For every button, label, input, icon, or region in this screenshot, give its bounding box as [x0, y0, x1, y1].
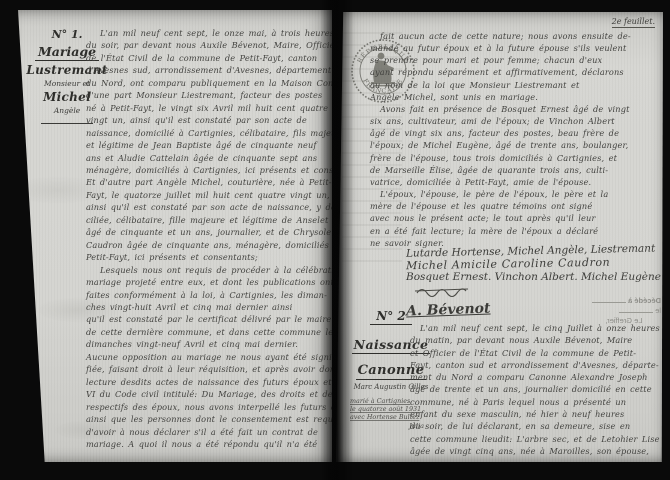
scanned-civil-register-spread: N° 1. Mariage Lustremant Monsieur et Mic… — [0, 0, 670, 480]
handwritten-line: se prendre pour mari et pour femme; chac… — [370, 54, 662, 66]
blank-rule — [592, 296, 626, 303]
sheet-number-label: 2e feuillet. — [612, 17, 655, 28]
handwritten-line: L'an mil neuf cent sept, le onze mai, à … — [86, 27, 332, 39]
handwritten-line: ainsi qu'il est constaté par son acte de… — [86, 201, 332, 213]
handwritten-line: cette commune lieudit: L'arbre sec, et d… — [410, 433, 662, 445]
handwritten-line: né à Petit-Fayt, le vingt six Avril mil … — [86, 102, 332, 114]
handwritten-line: dimanches vingt-neuf Avril et cinq mai d… — [86, 338, 332, 350]
handwritten-line: de Marseille Élise, âgée de quarante tro… — [370, 164, 662, 176]
marriage-act-closing: fait aucun acte de cette nature; nous av… — [370, 30, 662, 249]
handwritten-line: naissance, domicilié à Cartignies, célib… — [86, 127, 332, 139]
handwritten-line: six ans, cultivateur, ami de l'époux; de… — [370, 115, 662, 127]
handwritten-line: âgé de vingt six ans, facteur des postes… — [370, 127, 662, 139]
blank-rule — [619, 306, 653, 313]
handwritten-line: Avons fait en présence de Bosquet Ernest… — [370, 103, 662, 115]
handwritten-line: enfant du sexe masculin, né hier à neuf … — [410, 408, 662, 420]
handwritten-line: ment du Nord a comparu Canonne Alexandre… — [410, 371, 662, 383]
handwritten-line: Fayt, canton sud et arrondissement d'Ave… — [410, 359, 662, 371]
marriage-act-body: L'an mil neuf cent sept, le onze mai, à … — [86, 27, 332, 450]
handwritten-line: de cette dernière commune, et dans cette… — [86, 326, 332, 338]
handwritten-line: d'Avesnes sud, arrondissement d'Avesnes,… — [86, 64, 332, 76]
handwritten-line: l'époux; de Michel Eugène, âgé de trente… — [370, 139, 662, 151]
handwritten-line: du Nord, ont comparu publiquement en la … — [86, 77, 332, 89]
handwritten-line: mandé au futur époux et à la future épou… — [370, 42, 662, 54]
right-page: 2e feuillet. RÉPUBLIQUE FRANÇAISE f — [336, 12, 663, 462]
handwritten-line: Angèle Michel, sont unis en mariage. — [370, 91, 662, 103]
handwritten-line: d'une part Monsieur Liestremant, facteur… — [86, 89, 332, 101]
handwritten-line: mariage. A quoi il nous a été répondu qu… — [86, 438, 332, 450]
handwritten-line: ans et Aludie Cattelain âgée de cinquant… — [86, 152, 332, 164]
handwritten-line: Aucune opposition au mariage ne nous aya… — [86, 351, 332, 363]
handwritten-line: avec nous le présent acte; le tout après… — [370, 212, 662, 224]
handwritten-line: ciliée, célibataire, fille majeure et lé… — [86, 214, 332, 226]
handwritten-line: Lesquels nous ont requis de procéder à l… — [86, 264, 332, 276]
handwritten-line: faites conformément à la loi, à Cartigni… — [86, 289, 332, 301]
handwritten-line: Caudron âgée de cinquante ans, ménagère,… — [86, 239, 332, 251]
handwritten-line: ainsi que les personnes dont le consente… — [86, 413, 332, 425]
handwritten-line: âgé de cinquante et un ans, journalier, … — [86, 226, 332, 238]
handwritten-line: ayant répondu séparément et affirmativem… — [370, 66, 662, 78]
struck-signature-scribble — [414, 284, 470, 298]
handwritten-line: commune, né à Paris lequel nous a présen… — [410, 396, 662, 408]
handwritten-line: du soir, par devant nous Auxile Bévenot,… — [86, 39, 332, 51]
left-page: N° 1. Mariage Lustremant Monsieur et Mic… — [18, 10, 332, 462]
handwritten-line: vingt un, ainsi qu'il est constaté par s… — [86, 114, 332, 126]
handwritten-line: mère de l'épouse et les quatre témoins o… — [370, 200, 662, 212]
handwritten-line: Fayt, le quatorze juillet mil huit cent … — [86, 189, 332, 201]
handwritten-line: fait aucun acte de cette nature; nous av… — [370, 30, 662, 42]
handwritten-line: du soir, de lui déclarant, en sa demeure… — [410, 420, 662, 432]
handwritten-line: d'avoir à nous déclarer s'il a été fait … — [86, 426, 332, 438]
handwritten-line: ches vingt-huit Avril et cinq mai dernie… — [86, 301, 332, 313]
handwritten-line: mariage projeté entre eux, et dont les p… — [86, 276, 332, 288]
handwritten-line: VI du Code civil intitulé: Du Mariage, d… — [86, 388, 332, 400]
handwritten-line: fiée, faisant droit à leur réquisition, … — [86, 363, 332, 375]
handwritten-line: et légitime de Jean Baptiste âgé de cinq… — [86, 139, 332, 151]
handwritten-line: lecture desdits actes de naissance des f… — [86, 376, 332, 388]
handwritten-line: Et d'autre part Angèle Michel, couturièr… — [86, 176, 332, 188]
handwritten-line: au nom de la loi que Monsieur Liestreman… — [370, 79, 662, 91]
signature-row: Bosquet Ernest. Vinchon Albert. Michel E… — [406, 271, 664, 283]
handwritten-line: du matin, par devant nous Auxile Bévenot… — [410, 334, 662, 346]
handwritten-line: respectifs des époux, nous avons interpe… — [86, 401, 332, 413]
birth-act-body: L'an mil neuf cent sept, le cinq Juillet… — [410, 322, 662, 457]
handwritten-line: âgé de trente et un ans, journalier domi… — [410, 383, 662, 395]
handwritten-line: vatrice, domiciliée à Petit-Fayt, amie d… — [370, 176, 662, 188]
act-number: N° 2 — [370, 309, 412, 325]
handwritten-line: en a été fait lecture; la mère de l'épou… — [370, 225, 662, 237]
handwritten-line: L'an mil neuf cent sept, le cinq Juillet… — [410, 322, 662, 334]
handwritten-line: ménagère, domiciliés à Cartignies, ici p… — [86, 164, 332, 176]
handwritten-line: frère de l'épouse, tous trois domiciliés… — [370, 152, 662, 164]
handwritten-line: âgée de vingt cinq ans, née à Maroilles,… — [410, 445, 662, 457]
handwritten-line: qu'il est constaté par le certificat dél… — [86, 313, 332, 325]
handwritten-line: de l'État Civil de la commune de Petit-F… — [86, 52, 332, 64]
mirrored-text-line: le — [587, 306, 661, 316]
mirrored-text-line: Décédé à — [587, 296, 661, 306]
handwritten-line: L'époux, l'épouse, le père de l'époux, l… — [370, 188, 662, 200]
handwritten-line: et Officier de l'État Civil de la commun… — [410, 347, 662, 359]
handwritten-line: Petit-Fayt, ici présents et consentants; — [86, 251, 332, 263]
